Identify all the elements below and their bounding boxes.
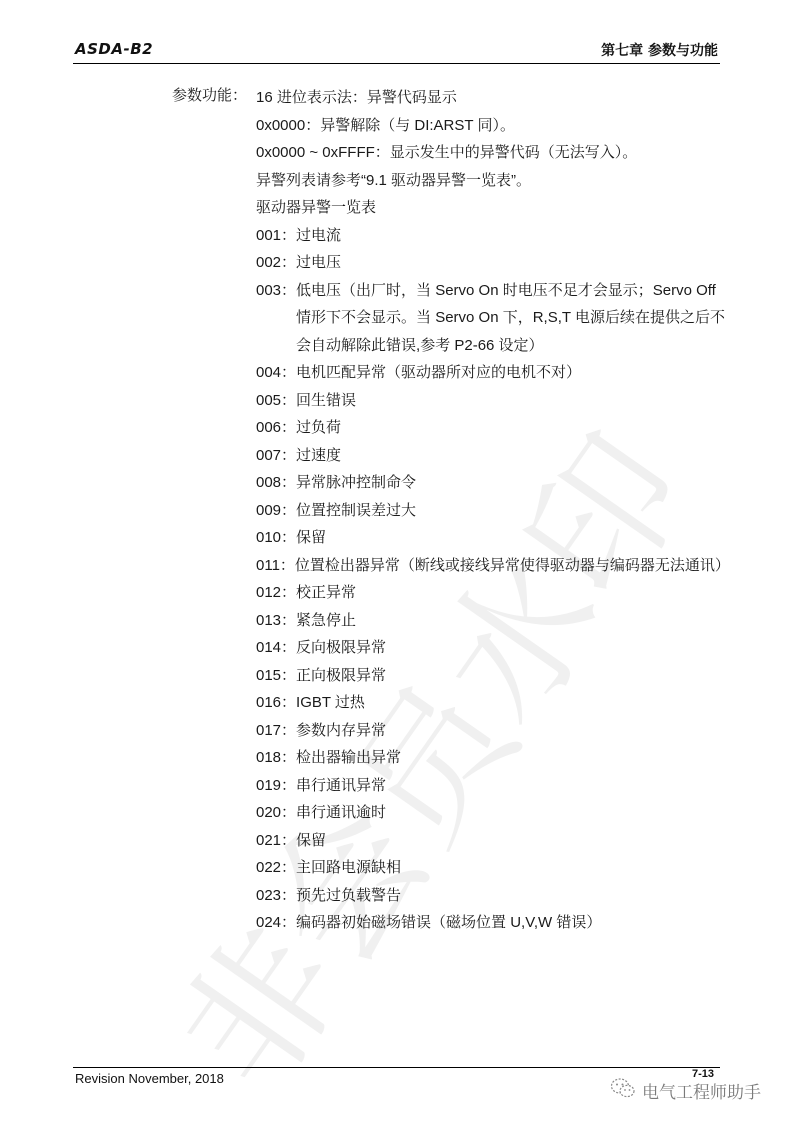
- alarm-desc: 电机匹配异常（驱动器所对应的电机不对）: [296, 359, 726, 387]
- intro-line: 16 进位表示法：异警代码显示: [256, 84, 726, 112]
- alarm-desc: 保留: [296, 524, 726, 552]
- alarm-code: 019：: [256, 772, 296, 800]
- alarm-code: 016：: [256, 689, 296, 717]
- alarm-item: 019：串行通讯异常: [256, 772, 726, 800]
- param-function-label: 参数功能：: [172, 84, 247, 105]
- alarm-desc: 过电流: [296, 222, 726, 250]
- alarm-item: 015：正向极限异常: [256, 662, 726, 690]
- alarm-code: 002：: [256, 249, 296, 277]
- alarm-desc: 串行通讯异常: [296, 772, 726, 800]
- alarm-code: 012：: [256, 579, 296, 607]
- alarm-code: 024：: [256, 909, 296, 937]
- alarm-code: 005：: [256, 387, 296, 415]
- alarm-code: 004：: [256, 359, 296, 387]
- alarm-item: 018：检出器输出异常: [256, 744, 726, 772]
- alarm-desc: 正向极限异常: [296, 662, 726, 690]
- alarm-desc: 保留: [296, 827, 726, 855]
- alarm-desc: 过负荷: [296, 414, 726, 442]
- alarm-desc: 预先过负载警告: [296, 882, 726, 910]
- alarm-desc: 位置控制误差过大: [296, 497, 726, 525]
- footer-divider: [73, 1067, 720, 1068]
- alarm-desc: 编码器初始磁场错误（磁场位置 U,V,W 错误）: [296, 909, 726, 937]
- alarm-item: 004：电机匹配异常（驱动器所对应的电机不对）: [256, 359, 726, 387]
- alarm-code: 017：: [256, 717, 296, 745]
- alarm-item: 020：串行通讯逾时: [256, 799, 726, 827]
- alarm-code: 001：: [256, 222, 296, 250]
- alarm-desc: 反向极限异常: [296, 634, 726, 662]
- alarm-item: 002：过电压: [256, 249, 726, 277]
- alarm-code: 009：: [256, 497, 296, 525]
- alarm-code: 013：: [256, 607, 296, 635]
- intro-line: 异警列表请参考“9.1 驱动器异警一览表”。: [256, 167, 726, 195]
- alarm-item: 023：预先过负载警告: [256, 882, 726, 910]
- alarm-item: 006：过负荷: [256, 414, 726, 442]
- alarm-code: 008：: [256, 469, 296, 497]
- alarm-list: 001：过电流 002：过电压 003：低电压（出厂时，当 Servo On 时…: [256, 222, 726, 937]
- brand-name: 电气工程师助手: [642, 1078, 761, 1103]
- alarm-item: 005：回生错误: [256, 387, 726, 415]
- alarm-item: 007：过速度: [256, 442, 726, 470]
- alarm-desc: 位置检出器异常（断线或接线异常使得驱动器与编码器无法通讯）: [295, 552, 726, 580]
- alarm-item: 016：IGBT 过热: [256, 689, 726, 717]
- brand-logo: ASDA-B2: [75, 40, 153, 58]
- alarm-desc: 参数内存异常: [296, 717, 726, 745]
- param-function-content: 16 进位表示法：异警代码显示 0x0000：异警解除（与 DI:ARST 同）…: [256, 84, 726, 937]
- alarm-item: 009：位置控制误差过大: [256, 497, 726, 525]
- alarm-code: 022：: [256, 854, 296, 882]
- alarm-desc: 回生错误: [296, 387, 726, 415]
- alarm-desc: 检出器输出异常: [296, 744, 726, 772]
- alarm-item: 017：参数内存异常: [256, 717, 726, 745]
- alarm-item: 008：异常脉冲控制命令: [256, 469, 726, 497]
- alarm-desc: IGBT 过热: [296, 689, 726, 717]
- revision-text: Revision November, 2018: [75, 1071, 224, 1086]
- alarm-desc: 过电压: [296, 249, 726, 277]
- alarm-item: 013：紧急停止: [256, 607, 726, 635]
- alarm-desc: 紧急停止: [296, 607, 726, 635]
- alarm-code: 014：: [256, 634, 296, 662]
- alarm-desc: 串行通讯逾时: [296, 799, 726, 827]
- alarm-item: 024：编码器初始磁场错误（磁场位置 U,V,W 错误）: [256, 909, 726, 937]
- alarm-item: 021：保留: [256, 827, 726, 855]
- alarm-code: 007：: [256, 442, 296, 470]
- intro-line: 0x0000 ~ 0xFFFF：显示发生中的异警代码（无法写入）。: [256, 139, 726, 167]
- alarm-list-title: 驱动器异警一览表: [256, 194, 726, 222]
- alarm-code: 020：: [256, 799, 296, 827]
- alarm-item: 022：主回路电源缺相: [256, 854, 726, 882]
- alarm-code: 023：: [256, 882, 296, 910]
- alarm-code: 010：: [256, 524, 296, 552]
- alarm-desc: 低电压（出厂时，当 Servo On 时电压不足才会显示；Servo Off 情…: [296, 277, 726, 360]
- wechat-brand-overlay: 电气工程师助手: [610, 1077, 761, 1104]
- header-divider: [73, 63, 720, 64]
- alarm-item: 012：校正异常: [256, 579, 726, 607]
- alarm-desc: 过速度: [296, 442, 726, 470]
- alarm-code: 006：: [256, 414, 296, 442]
- alarm-desc: 异常脉冲控制命令: [296, 469, 726, 497]
- alarm-desc: 校正异常: [296, 579, 726, 607]
- wechat-icon: [610, 1077, 636, 1104]
- alarm-code: 018：: [256, 744, 296, 772]
- alarm-item: 014：反向极限异常: [256, 634, 726, 662]
- alarm-item: 010：保留: [256, 524, 726, 552]
- alarm-code: 021：: [256, 827, 296, 855]
- intro-line: 0x0000：异警解除（与 DI:ARST 同）。: [256, 112, 726, 140]
- alarm-desc: 主回路电源缺相: [296, 854, 726, 882]
- alarm-code: 011：: [256, 552, 295, 580]
- alarm-item: 011：位置检出器异常（断线或接线异常使得驱动器与编码器无法通讯）: [256, 552, 726, 580]
- chapter-title: 第七章 参数与功能: [601, 40, 718, 60]
- alarm-code: 015：: [256, 662, 296, 690]
- alarm-item: 003：低电压（出厂时，当 Servo On 时电压不足才会显示；Servo O…: [256, 277, 726, 360]
- alarm-code: 003：: [256, 277, 296, 360]
- alarm-item: 001：过电流: [256, 222, 726, 250]
